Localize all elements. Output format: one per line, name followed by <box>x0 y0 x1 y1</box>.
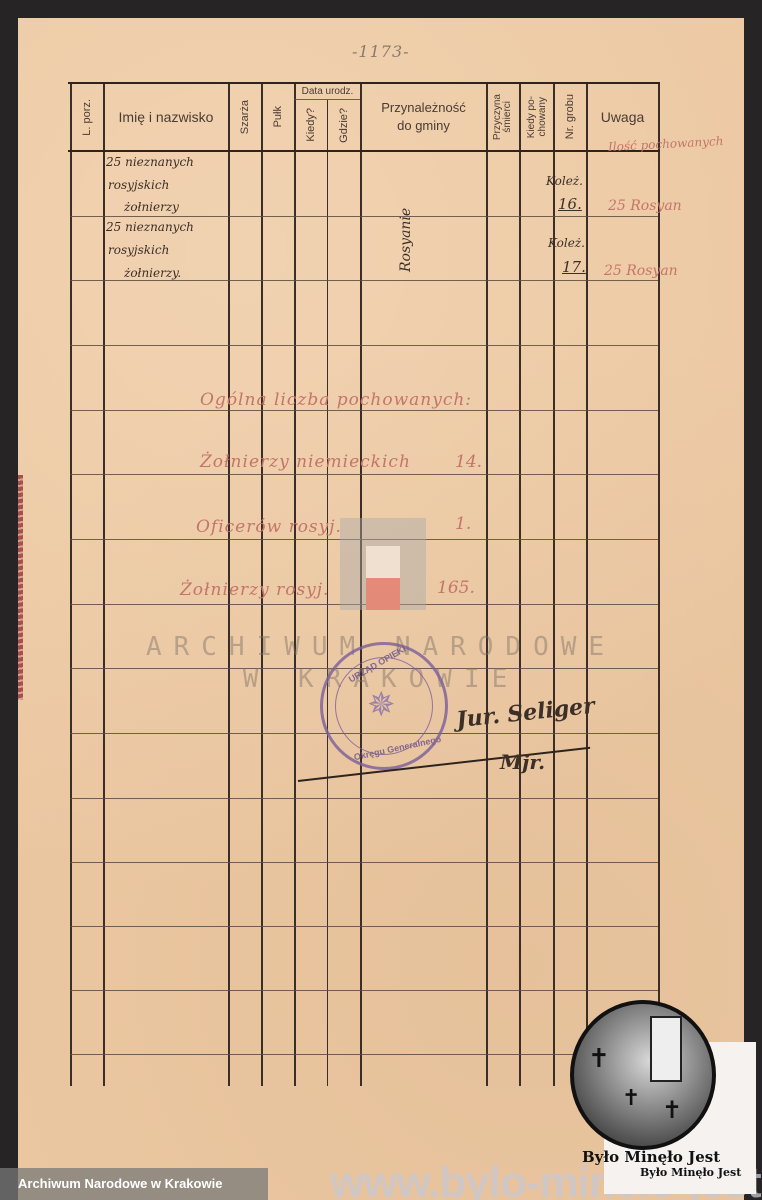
header-buried-when-label-2: chowany <box>537 97 548 136</box>
header-buried-when-label-1: Kiedy po- <box>526 96 537 138</box>
row1-name-line1: 25 nieznanych <box>106 155 194 169</box>
header-birth-when: Kiedy? <box>295 100 327 150</box>
row1-name-line2: rosyjskich <box>108 178 169 192</box>
summary-line-german-soldiers: Żołnierzy niemieckich <box>200 452 411 472</box>
header-grave-no: Nr. grobu <box>554 84 586 150</box>
grid-line <box>70 410 658 411</box>
header-municipality-line2: do gminy <box>397 117 450 135</box>
row1-municipality: Rosyanie <box>398 208 414 272</box>
grid-line <box>70 474 658 475</box>
header-birth-where-label: Gdzie? <box>339 108 350 143</box>
row2-grave-line2: 17. <box>562 258 586 276</box>
grid-line <box>70 82 72 1086</box>
header-regiment: Pułk <box>262 84 294 150</box>
grid-line <box>658 82 660 1086</box>
header-rank: Szarża <box>229 84 261 150</box>
header-municipality: Przynależność do gminy <box>361 84 486 150</box>
grid-line <box>68 150 660 152</box>
grid-line <box>70 1054 658 1055</box>
summary-count-german-soldiers: 14. <box>455 452 482 472</box>
logo-subtitle: Było Minęło Jest <box>640 1166 741 1179</box>
row1-grave-line1: Koleż. <box>546 174 583 188</box>
grid-line <box>103 82 105 1086</box>
grid-line <box>519 82 521 1086</box>
header-buried-when: Kiedy po- chowany <box>520 84 553 150</box>
row2-name-line3: żołnierzy. <box>124 266 181 280</box>
grid-line <box>70 345 658 346</box>
grid-line <box>70 862 658 863</box>
grid-line <box>553 82 555 1086</box>
grid-line <box>70 990 658 991</box>
chapel-tower-icon <box>650 1016 682 1082</box>
logo-title: Było Minęło Jest <box>582 1148 720 1166</box>
cross-icon: ✝ <box>588 1044 610 1074</box>
row1-remarks: 25 Rosyan <box>608 198 682 214</box>
flag-red <box>366 578 400 610</box>
row2-name-line2: rosyjskich <box>108 243 169 257</box>
signature-rank: Mjr. <box>500 750 545 774</box>
header-grave-no-label: Nr. grobu <box>565 94 576 139</box>
archive-label: Archiwum Narodowe w Krakowie <box>0 1168 268 1200</box>
grid-line <box>70 798 658 799</box>
summary-line-russian-officers: Oficerów rosyj. <box>196 517 342 537</box>
grid-line <box>586 82 588 1086</box>
flag-white <box>366 546 400 578</box>
header-remarks-label: Uwaga <box>601 109 645 125</box>
header-cause-death: Przyczyna śmierci <box>487 84 519 150</box>
header-municipality-line1: Przynależność <box>381 99 466 117</box>
header-regiment-label: Pułk <box>273 106 284 127</box>
summary-title: Ogólna liczba pochowanych: <box>200 390 472 410</box>
grid-line <box>70 216 658 217</box>
header-lp-label: L. porz. <box>82 99 93 136</box>
grid-line <box>486 82 488 1086</box>
cross-icon: ✝ <box>662 1096 682 1124</box>
header-rank-label: Szarża <box>240 100 251 134</box>
summary-count-russian-soldiers: 165. <box>437 578 475 598</box>
row2-grave-line1: Koleż. <box>548 236 585 250</box>
cemetery-logo: ✝ ✝ ✝ <box>570 1000 716 1150</box>
header-birth-where: Gdzie? <box>328 100 360 150</box>
row2-remarks: 25 Rosyan <box>604 263 678 279</box>
header-cause-death-label-2: śmierci <box>503 101 513 133</box>
official-stamp: URZĄD OPIEKI ✵ Okręgu Generalnego <box>320 642 448 770</box>
header-name: Imię i nazwisko <box>104 84 228 150</box>
header-birth-when-label: Kiedy? <box>306 108 317 142</box>
header-name-label: Imię i nazwisko <box>119 109 214 125</box>
eagle-emblem-icon: ✵ <box>367 685 396 725</box>
summary-count-russian-officers: 1. <box>455 514 471 534</box>
header-birth-date-label: Data urodz. <box>302 86 354 97</box>
cross-icon: ✝ <box>622 1086 640 1111</box>
header-lp: L. porz. <box>71 84 103 150</box>
row1-name-line3: żołnierzy <box>124 200 179 214</box>
summary-line-russian-soldiers: Żołnierzy rosyj. <box>180 580 329 600</box>
grid-line <box>70 280 658 281</box>
header-birth-date: Data urodz. <box>295 84 360 99</box>
row2-name-line1: 25 nieznanych <box>106 220 194 234</box>
archive-watermark-logo <box>340 518 426 610</box>
grid-line <box>70 926 658 927</box>
row1-grave-line2: 16. <box>558 195 582 213</box>
